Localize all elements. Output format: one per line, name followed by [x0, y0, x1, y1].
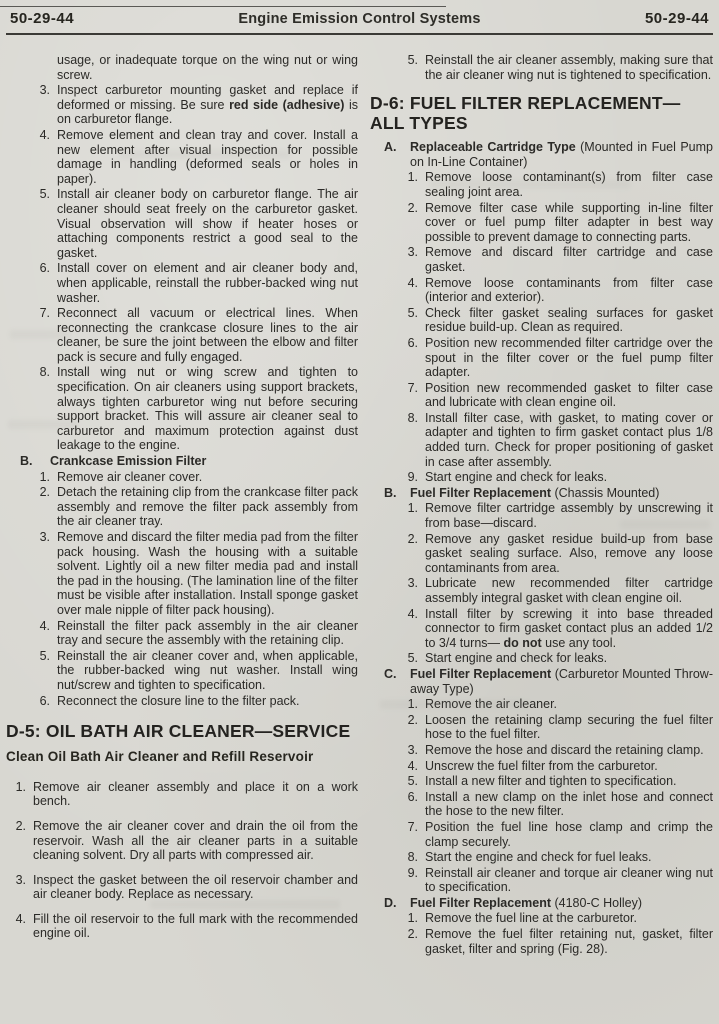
list-item: 2.Remove the air cleaner cover and drain…	[6, 819, 358, 863]
item-text: Reinstall air cleaner and torque air cle…	[425, 866, 713, 895]
item-text: Remove filter cartridge assembly by unsc…	[425, 501, 713, 530]
item-text-segment: Remove the hose and discard the retainin…	[425, 743, 704, 757]
list-item: 2.Remove the fuel filter retaining nut, …	[370, 927, 713, 956]
item-number: 2.	[28, 485, 57, 529]
list-item: 6.Reconnect the closure line to the filt…	[6, 694, 358, 709]
item-text-segment: Remove the fuel filter retaining nut, ga…	[425, 927, 713, 956]
item-text-segment: Install air cleaner body on carburetor f…	[57, 187, 358, 259]
item-text-segment: Reconnect all vacuum or electrical lines…	[57, 306, 358, 364]
item-text: Reconnect the closure line to the filter…	[57, 694, 358, 709]
right-column: 5.Reinstall the air cleaner assembly, ma…	[370, 53, 713, 957]
item-text-segment: Loosen the retaining clamp securing the …	[425, 713, 713, 742]
list-item: 3.Inspect the gasket between the oil res…	[6, 873, 358, 902]
section-b-crankcase-emission-filter: B. Crankcase Emission Filter	[6, 454, 358, 469]
item-number: 2.	[396, 532, 425, 576]
item-number: 1.	[28, 470, 57, 485]
item-text: Remove loose contaminant(s) from filter …	[425, 170, 713, 199]
list-item: 3.Remove and discard the filter media pa…	[6, 530, 358, 618]
section-letter: A.	[384, 140, 410, 169]
item-text-segment: Remove the air cleaner cover and drain t…	[33, 819, 358, 862]
item-text: Inspect the gasket between the oil reser…	[33, 873, 358, 902]
item-number: 5.	[28, 649, 57, 693]
list-item: 7.Position new recommended gasket to fil…	[370, 381, 713, 410]
item-number: 1.	[396, 697, 425, 712]
item-text: Install a new clamp on the inlet hose an…	[425, 790, 713, 819]
item-text-segment: Remove loose contaminant(s) from filter …	[425, 170, 713, 199]
item-text: Remove element and clean tray and cover.…	[57, 128, 358, 186]
item-text-segment: Check filter gasket sealing surfaces for…	[425, 306, 713, 335]
header-rule	[6, 33, 713, 35]
item-number: 5.	[396, 53, 425, 82]
list-item: 2.Loosen the retaining clamp securing th…	[370, 713, 713, 742]
section-title: Fuel Filter Replacement (Carburetor Moun…	[410, 667, 713, 696]
page-header: 50-29-44 Engine Emission Control Systems…	[6, 0, 713, 33]
carburetor-mounted-steps: 1.Remove the air cleaner.2.Loosen the re…	[370, 697, 713, 895]
item-number: 9.	[396, 866, 425, 895]
continued-paragraph: usage, or inadequate torque on the wing …	[57, 53, 358, 82]
item-text: Position new recommended filter cartridg…	[425, 336, 713, 380]
item-text-segment: Position new recommended gasket to filte…	[425, 381, 713, 410]
left-column: usage, or inadequate torque on the wing …	[6, 53, 358, 957]
list-item: 3.Inspect carburetor mounting gasket and…	[6, 83, 358, 127]
section-title-label: Fuel Filter Replacement	[410, 667, 551, 681]
list-item: 9.Start engine and check for leaks.	[370, 470, 713, 485]
list-item: 8.Install wing nut or wing screw and tig…	[6, 365, 358, 453]
list-item: 1.Remove loose contaminant(s) from filte…	[370, 170, 713, 199]
item-text: Remove the air cleaner cover and drain t…	[33, 819, 358, 863]
list-item: 4.Reinstall the filter pack assembly in …	[6, 619, 358, 648]
section-title: Replaceable Cartridge Type (Mounted in F…	[410, 140, 713, 169]
item-number: 4.	[396, 276, 425, 305]
list-item: 2.Detach the retaining clip from the cra…	[6, 485, 358, 529]
item-text: Position the fuel line hose clamp and cr…	[425, 820, 713, 849]
item-text: Reinstall the air cleaner cover and, whe…	[57, 649, 358, 693]
item-text: Start engine and check for leaks.	[425, 651, 713, 666]
item-number: 9.	[396, 470, 425, 485]
list-item: 3.Remove and discard filter cartridge an…	[370, 245, 713, 274]
list-item: 5.Start engine and check for leaks.	[370, 651, 713, 666]
item-text-segment: Remove filter cartridge assembly by unsc…	[425, 501, 713, 530]
item-text-segment: Start engine and check for leaks.	[425, 470, 607, 484]
list-item: 5.Install air cleaner body on carburetor…	[6, 187, 358, 260]
item-text-segment: Start engine and check for leaks.	[425, 651, 607, 665]
item-text: Remove and discard the filter media pad …	[57, 530, 358, 618]
item-text-segment: Start the engine and check for fuel leak…	[425, 850, 652, 864]
chassis-mounted-steps: 1.Remove filter cartridge assembly by un…	[370, 501, 713, 666]
item-number: 2.	[6, 819, 33, 863]
item-text-segment: Remove air cleaner assembly and place it…	[33, 780, 358, 809]
item-number: 1.	[396, 170, 425, 199]
list-item: 5.Reinstall the air cleaner assembly, ma…	[370, 53, 713, 82]
manual-page: 50-29-44 Engine Emission Control Systems…	[0, 0, 719, 1024]
item-text: Remove the hose and discard the retainin…	[425, 743, 713, 758]
item-number: 3.	[6, 873, 33, 902]
item-text-segment: Remove air cleaner cover.	[57, 470, 202, 484]
item-text-segment: Unscrew the fuel filter from the carbure…	[425, 759, 658, 773]
list-item: 8.Start the engine and check for fuel le…	[370, 850, 713, 865]
holley-steps: 1.Remove the fuel line at the carburetor…	[370, 911, 713, 956]
section-c-carburetor-mounted: C. Fuel Filter Replacement (Carburetor M…	[370, 667, 713, 696]
item-text-segment: Reconnect the closure line to the filter…	[57, 694, 300, 708]
section-letter: C.	[384, 667, 410, 696]
item-text: Loosen the retaining clamp securing the …	[425, 713, 713, 742]
item-number: 5.	[28, 187, 57, 260]
item-text: Lubricate new recommended filter cartrid…	[425, 576, 713, 605]
oil-bath-air-cleaner-steps: 1.Remove air cleaner assembly and place …	[6, 780, 358, 941]
item-text: Remove and discard filter cartridge and …	[425, 245, 713, 274]
item-text: Remove filter case while supporting in-l…	[425, 201, 713, 245]
section-title-label: Fuel Filter Replacement	[410, 896, 551, 910]
item-text: Install wing nut or wing screw and tight…	[57, 365, 358, 453]
item-text-segment: Remove element and clean tray and cover.…	[57, 128, 358, 186]
item-text: Install a new filter and tighten to spec…	[425, 774, 713, 789]
item-number: 3.	[28, 83, 57, 127]
list-item: 9.Reinstall air cleaner and torque air c…	[370, 866, 713, 895]
item-text: Position new recommended gasket to filte…	[425, 381, 713, 410]
item-number: 3.	[396, 245, 425, 274]
item-number: 6.	[396, 336, 425, 380]
item-text: Remove the fuel line at the carburetor.	[425, 911, 713, 926]
item-text: Detach the retaining clip from the crank…	[57, 485, 358, 529]
item-text: Install filter case, with gasket, to mat…	[425, 411, 713, 469]
list-item: 5.Check filter gasket sealing surfaces f…	[370, 306, 713, 335]
carburetor-air-cleaner-steps: 3.Inspect carburetor mounting gasket and…	[6, 83, 358, 453]
item-text-segment: Install a new clamp on the inlet hose an…	[425, 790, 713, 819]
item-text-segment: Install cover on element and air cleaner…	[57, 261, 358, 304]
section-title-suffix: (4180-C Holley)	[551, 896, 642, 910]
item-number: 7.	[28, 306, 57, 364]
section-title-label: Fuel Filter Replacement	[410, 486, 551, 500]
item-number: 4.	[28, 128, 57, 186]
list-item: 5.Install a new filter and tighten to sp…	[370, 774, 713, 789]
item-number: 2.	[396, 927, 425, 956]
section-d-holley: D. Fuel Filter Replacement (4180-C Holle…	[370, 896, 713, 911]
subsection-heading-oil-bath: Clean Oil Bath Air Cleaner and Refill Re…	[6, 750, 358, 765]
item-number: 3.	[396, 743, 425, 758]
item-number: 5.	[396, 306, 425, 335]
item-text-segment: Reinstall air cleaner and torque air cle…	[425, 866, 713, 895]
page-number-left: 50-29-44	[10, 10, 74, 27]
item-number: 6.	[28, 261, 57, 305]
item-text-segment: Install filter case, with gasket, to mat…	[425, 411, 713, 469]
item-text: Remove the fuel filter retaining nut, ga…	[425, 927, 713, 956]
list-item: 4.Remove loose contaminants from filter …	[370, 276, 713, 305]
item-text-segment: use any tool.	[542, 636, 616, 650]
item-text: Start engine and check for leaks.	[425, 470, 713, 485]
item-number: 5.	[396, 774, 425, 789]
item-number: 5.	[396, 651, 425, 666]
item-text: Remove air cleaner assembly and place it…	[33, 780, 358, 809]
item-number: 6.	[28, 694, 57, 709]
page-number-right: 50-29-44	[645, 10, 709, 27]
item-text-segment: Lubricate new recommended filter cartrid…	[425, 576, 713, 605]
list-item: 1.Remove the air cleaner.	[370, 697, 713, 712]
item-number: 7.	[396, 820, 425, 849]
item-text: Check filter gasket sealing surfaces for…	[425, 306, 713, 335]
item-text-segment: Remove loose contaminants from filter ca…	[425, 276, 713, 305]
item-text: Reinstall the filter pack assembly in th…	[57, 619, 358, 648]
section-b-chassis-mounted: B. Fuel Filter Replacement (Chassis Moun…	[370, 486, 713, 501]
item-text: Remove loose contaminants from filter ca…	[425, 276, 713, 305]
item-number: 4.	[6, 912, 33, 941]
section-title: Fuel Filter Replacement (4180-C Holley)	[410, 896, 713, 911]
item-text-segment: Remove and discard the filter media pad …	[57, 530, 358, 617]
item-text-segment: Remove any gasket residue build-up from …	[425, 532, 713, 575]
list-item: 4.Unscrew the fuel filter from the carbu…	[370, 759, 713, 774]
list-item: 1.Remove the fuel line at the carburetor…	[370, 911, 713, 926]
item-number: 4.	[396, 607, 425, 651]
item-text: Install cover on element and air cleaner…	[57, 261, 358, 305]
item-number: 6.	[396, 790, 425, 819]
item-text-segment: do not	[504, 636, 542, 650]
list-item: 4.Install filter by screwing it into bas…	[370, 607, 713, 651]
item-text: Start the engine and check for fuel leak…	[425, 850, 713, 865]
item-number: 4.	[396, 759, 425, 774]
continued-steps: 5.Reinstall the air cleaner assembly, ma…	[370, 53, 713, 82]
replaceable-cartridge-steps: 1.Remove loose contaminant(s) from filte…	[370, 170, 713, 484]
item-text: Unscrew the fuel filter from the carbure…	[425, 759, 713, 774]
section-title-label: Crankcase Emission Filter	[50, 454, 206, 468]
item-text-segment: Install wing nut or wing screw and tight…	[57, 365, 358, 452]
item-text: Reinstall the air cleaner assembly, maki…	[425, 53, 713, 82]
section-title: Crankcase Emission Filter	[50, 454, 358, 469]
item-text-segment: Reinstall the filter pack assembly in th…	[57, 619, 358, 648]
item-text: Remove air cleaner cover.	[57, 470, 358, 485]
list-item: 6.Position new recommended filter cartri…	[370, 336, 713, 380]
list-item: 6.Install cover on element and air clean…	[6, 261, 358, 305]
item-number: 4.	[28, 619, 57, 648]
section-title-label: Replaceable Cartridge Type	[410, 140, 576, 154]
item-number: 1.	[396, 911, 425, 926]
list-item: 4.Remove element and clean tray and cove…	[6, 128, 358, 186]
item-text: Remove the air cleaner.	[425, 697, 713, 712]
section-title: Fuel Filter Replacement (Chassis Mounted…	[410, 486, 713, 501]
item-text-segment: Remove and discard filter cartridge and …	[425, 245, 713, 274]
item-number: 8.	[396, 411, 425, 469]
item-text: Inspect carburetor mounting gasket and r…	[57, 83, 358, 127]
section-title-suffix: (Chassis Mounted)	[551, 486, 659, 500]
item-text: Reconnect all vacuum or electrical lines…	[57, 306, 358, 364]
section-a-replaceable-cartridge: A. Replaceable Cartridge Type (Mounted i…	[370, 140, 713, 169]
list-item: 5.Reinstall the air cleaner cover and, w…	[6, 649, 358, 693]
two-column-body: usage, or inadequate torque on the wing …	[6, 37, 713, 957]
item-number: 7.	[396, 381, 425, 410]
list-item: 3.Remove the hose and discard the retain…	[370, 743, 713, 758]
item-number: 3.	[396, 576, 425, 605]
section-letter: D.	[384, 896, 410, 911]
section-letter: B.	[20, 454, 50, 469]
item-number: 2.	[396, 201, 425, 245]
list-item: 6.Install a new clamp on the inlet hose …	[370, 790, 713, 819]
list-item: 1.Remove air cleaner cover.	[6, 470, 358, 485]
list-item: 2.Remove any gasket residue build-up fro…	[370, 532, 713, 576]
item-text-segment: Detach the retaining clip from the crank…	[57, 485, 358, 528]
item-text: Install filter by screwing it into base …	[425, 607, 713, 651]
document-title: Engine Emission Control Systems	[238, 11, 480, 27]
item-text-segment: Inspect the gasket between the oil reser…	[33, 873, 358, 902]
item-text: Fill the oil reservoir to the full mark …	[33, 912, 358, 941]
section-heading-d5: D-5: OIL BATH AIR CLEANER—SERVICE	[6, 721, 358, 741]
list-item: 3.Lubricate new recommended filter cartr…	[370, 576, 713, 605]
item-text-segment: red side (adhesive)	[229, 98, 344, 112]
list-item: 4.Fill the oil reservoir to the full mar…	[6, 912, 358, 941]
item-text: Install air cleaner body on carburetor f…	[57, 187, 358, 260]
item-text-segment: Fill the oil reservoir to the full mark …	[33, 912, 358, 941]
item-text-segment: Position the fuel line hose clamp and cr…	[425, 820, 713, 849]
crankcase-emission-filter-steps: 1.Remove air cleaner cover.2.Detach the …	[6, 470, 358, 709]
list-item: 1.Remove filter cartridge assembly by un…	[370, 501, 713, 530]
section-heading-d6: D-6: FUEL FILTER REPLACEMENT—ALL TYPES	[370, 93, 713, 133]
item-number: 8.	[396, 850, 425, 865]
item-text-segment: Position new recommended filter cartridg…	[425, 336, 713, 379]
item-number: 2.	[396, 713, 425, 742]
item-text-segment: Remove the fuel line at the carburetor.	[425, 911, 637, 925]
item-number: 3.	[28, 530, 57, 618]
list-item: 7.Reconnect all vacuum or electrical lin…	[6, 306, 358, 364]
item-number: 8.	[28, 365, 57, 453]
item-text-segment: Reinstall the air cleaner cover and, whe…	[57, 649, 358, 692]
item-text: Remove any gasket residue build-up from …	[425, 532, 713, 576]
item-text-segment: Remove filter case while supporting in-l…	[425, 201, 713, 244]
list-item: 2.Remove filter case while supporting in…	[370, 201, 713, 245]
item-number: 1.	[396, 501, 425, 530]
item-text-segment: Remove the air cleaner.	[425, 697, 557, 711]
item-text-segment: Reinstall the air cleaner assembly, maki…	[425, 53, 713, 82]
list-item: 7.Position the fuel line hose clamp and …	[370, 820, 713, 849]
list-item: 8.Install filter case, with gasket, to m…	[370, 411, 713, 469]
list-item: 1.Remove air cleaner assembly and place …	[6, 780, 358, 809]
item-number: 1.	[6, 780, 33, 809]
item-text-segment: Install a new filter and tighten to spec…	[425, 774, 677, 788]
section-letter: B.	[384, 486, 410, 501]
